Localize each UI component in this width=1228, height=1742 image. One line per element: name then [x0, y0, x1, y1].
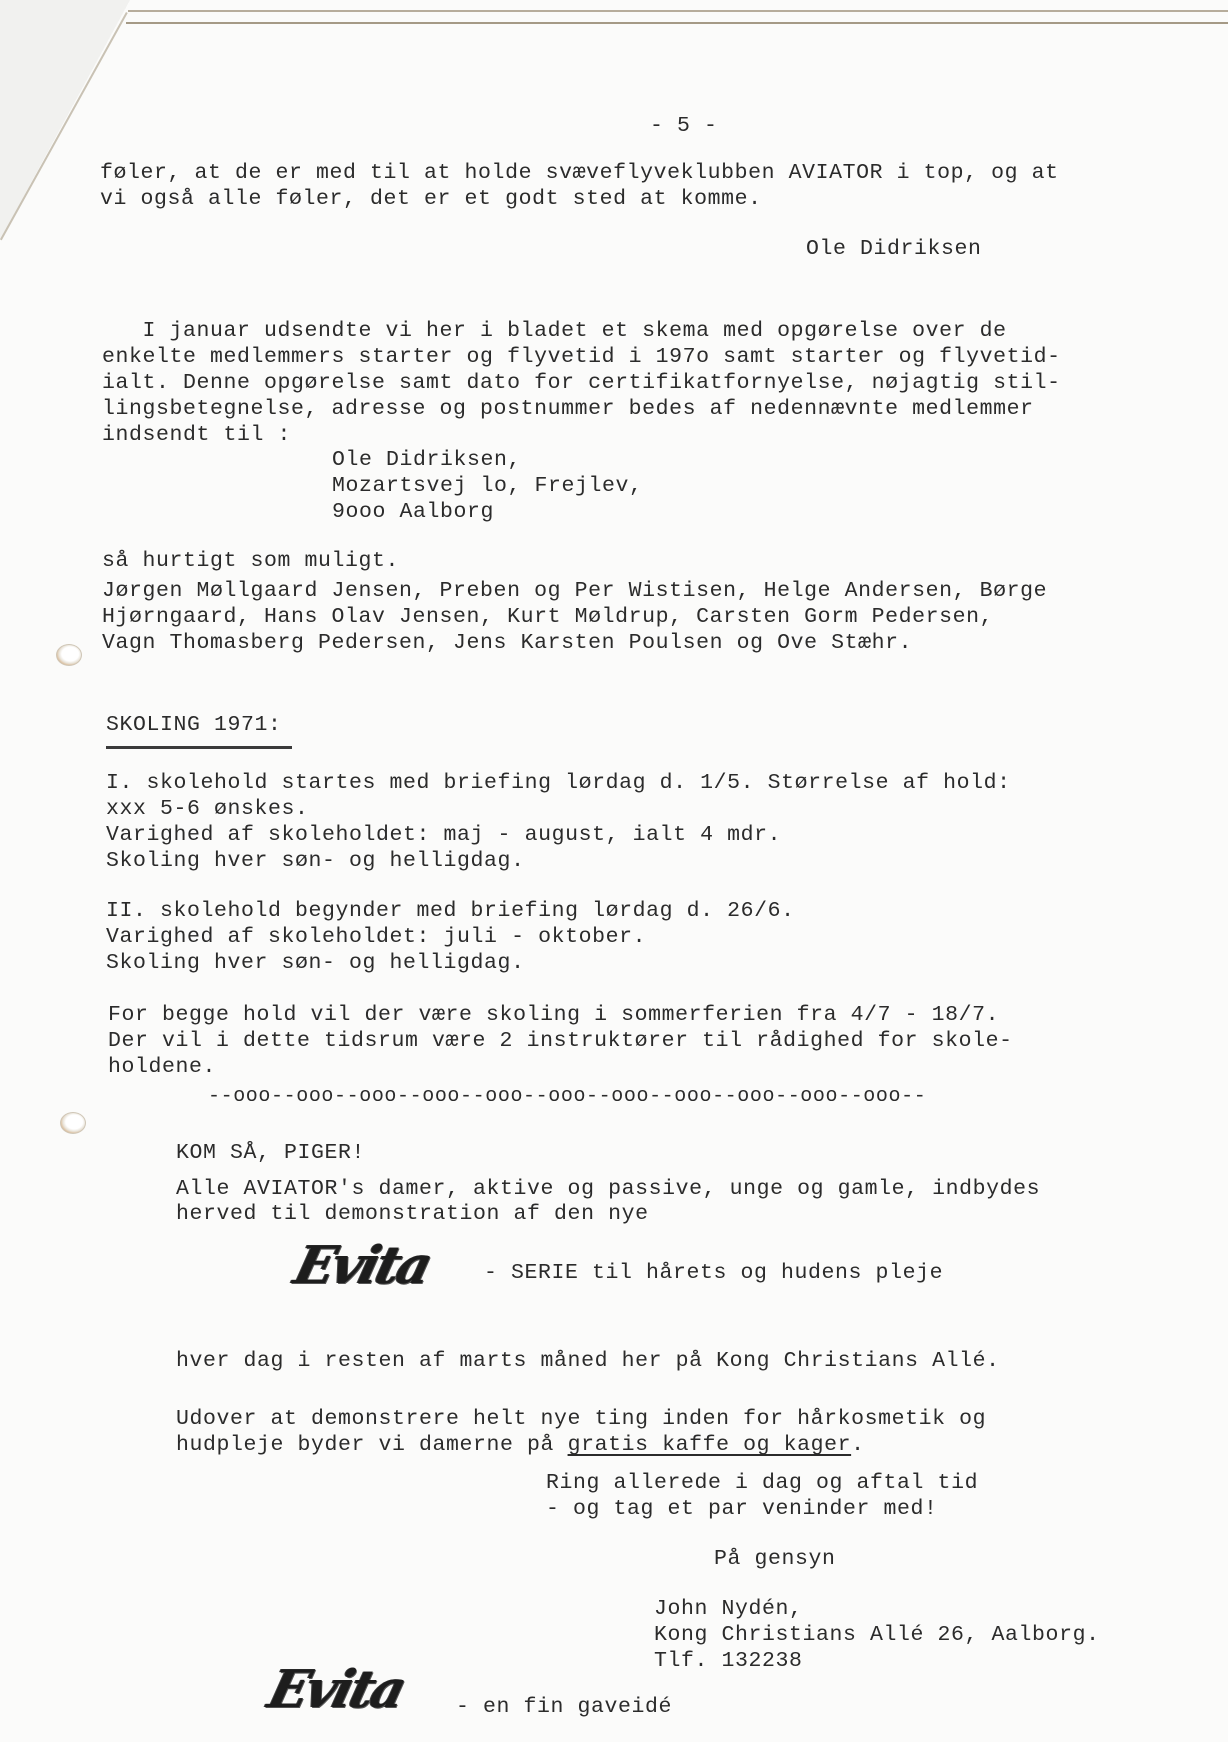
ad-offer-line: hudpleje byder vi damerne på gratis kaff… — [176, 1432, 865, 1458]
ad-when: hver dag i resten af marts måned her på … — [176, 1348, 1000, 1374]
training-line: holdene. — [108, 1054, 216, 1080]
ad-invite-line: herved til demonstration af den nye — [176, 1201, 649, 1227]
ad-offer-line: Udover at demonstrere helt nye ting inde… — [176, 1406, 986, 1432]
offer-suffix: . — [851, 1433, 865, 1457]
evita-logo: Evita — [290, 1240, 435, 1292]
members-line: Hjørngaard, Hans Olav Jensen, Kurt Møldr… — [102, 604, 993, 630]
contact-line: Kong Christians Allé 26, Aalborg. — [654, 1622, 1100, 1648]
ad-series-line: - SERIE til hårets og hudens pleje — [484, 1260, 943, 1286]
page-number: - 5 - — [650, 113, 718, 139]
evita-logo: Evita — [264, 1664, 409, 1716]
punch-hole-icon — [60, 1112, 86, 1134]
notice-line: enkelte medlemmers starter og flyvetid i… — [102, 344, 1061, 370]
punch-hole-icon — [56, 644, 82, 666]
ad-heading: KOM SÅ, PIGER! — [176, 1140, 365, 1166]
ad-call-line: Ring allerede i dag og aftal tid — [546, 1470, 978, 1496]
members-line: Vagn Thomasberg Pedersen, Jens Karsten P… — [102, 630, 912, 656]
ad-farewell: På gensyn — [714, 1546, 836, 1572]
training-line: I. skolehold startes med briefing lørdag… — [106, 770, 1011, 796]
heading-underline — [106, 746, 292, 749]
contact-line: Tlf. 132238 — [654, 1648, 803, 1674]
training-line: Varighed af skoleholdet: juli - oktober. — [106, 924, 646, 950]
training-line: Der vil i dette tidsrum være 2 instruktø… — [108, 1028, 1013, 1054]
page-edge — [128, 10, 1228, 12]
intro-line: vi også alle føler, det er et godt sted … — [100, 186, 762, 212]
training-line: xxx 5-6 ønskes. — [106, 796, 309, 822]
offer-prefix: hudpleje byder vi damerne på — [176, 1433, 568, 1457]
training-line: II. skolehold begynder med briefing lørd… — [106, 898, 795, 924]
contact-line: John Nydén, — [654, 1596, 803, 1622]
notice-line: lingsbetegnelse, adresse og postnummer b… — [102, 396, 1034, 422]
members-line: Jørgen Møllgaard Jensen, Preben og Per W… — [102, 578, 1047, 604]
offer-highlight: gratis kaffe og kager — [568, 1433, 852, 1457]
notice-line: indsendt til : — [102, 422, 291, 448]
address-line: 9ooo Aalborg — [332, 499, 494, 525]
intro-line: føler, at de er med til at holde svævefl… — [100, 160, 1059, 186]
ad-invite-line: Alle AVIATOR's damer, aktive og passive,… — [176, 1176, 1040, 1202]
signature: Ole Didriksen — [806, 236, 982, 262]
address-line: Mozartsvej lo, Frejlev, — [332, 473, 643, 499]
footer-tagline: - en fin gaveidé — [456, 1694, 672, 1720]
notice-line: I januar udsendte vi her i bladet et ske… — [102, 318, 1007, 344]
ad-call-line: - og tag et par veninder med! — [546, 1496, 938, 1522]
section-heading: SKOLING 1971: — [106, 712, 282, 738]
notice-line: ialt. Denne opgørelse samt dato for cert… — [102, 370, 1061, 396]
page-edge — [126, 22, 1228, 24]
separator: --ooo--ooo--ooo--ooo--ooo--ooo--ooo--ooo… — [208, 1084, 926, 1110]
training-line: For begge hold vil der være skoling i so… — [108, 1002, 999, 1028]
training-line: Varighed af skoleholdet: maj - august, i… — [106, 822, 781, 848]
document-page: - 5 - føler, at de er med til at holde s… — [0, 0, 1228, 1742]
notice-closing: så hurtigt som muligt. — [102, 548, 399, 574]
training-line: Skoling hver søn- og helligdag. — [106, 950, 525, 976]
address-line: Ole Didriksen, — [332, 447, 521, 473]
training-line: Skoling hver søn- og helligdag. — [106, 848, 525, 874]
